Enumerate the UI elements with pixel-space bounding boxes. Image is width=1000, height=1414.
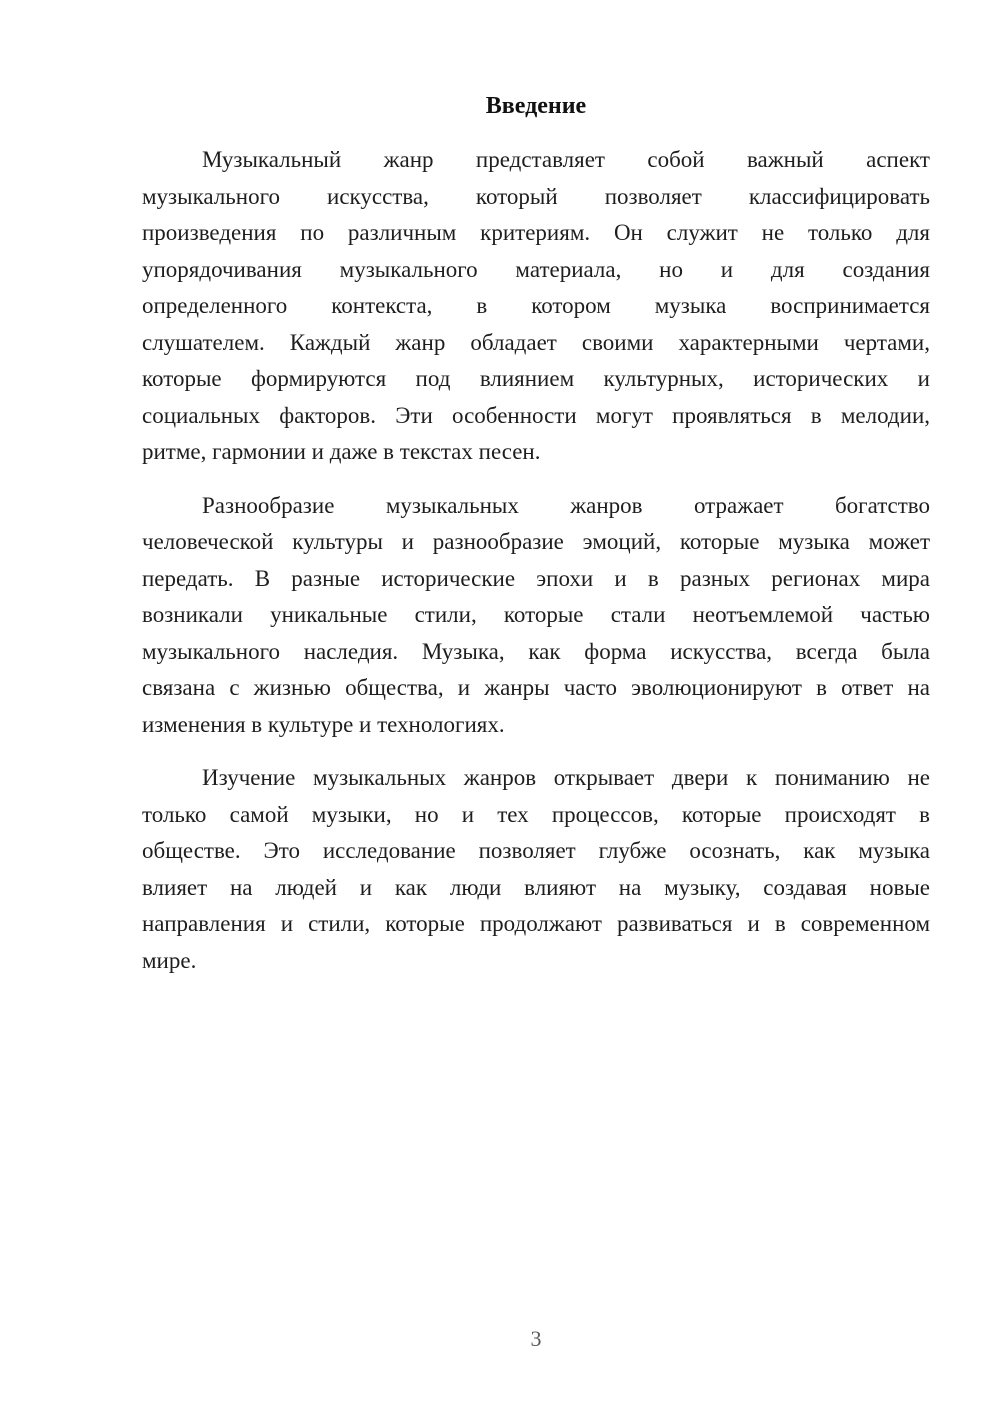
- text-line: направления и стили, которые продолжают …: [142, 906, 930, 943]
- paragraph: Разнообразие музыкальных жанров отражает…: [142, 488, 930, 744]
- text-line: влияет на людей и как люди влияют на муз…: [142, 870, 930, 907]
- text-line: музыкального искусства, который позволяе…: [142, 179, 930, 216]
- text-line: Разнообразие музыкальных жанров отражает…: [142, 488, 930, 525]
- text-line: упорядочивания музыкального материала, н…: [142, 252, 930, 289]
- page-number: 3: [142, 1326, 930, 1352]
- text-line: определенного контекста, в котором музык…: [142, 288, 930, 325]
- section-title: Введение: [142, 88, 930, 124]
- text-line: обществе. Это исследование позволяет глу…: [142, 833, 930, 870]
- text-line: произведения по различным критериям. Он …: [142, 215, 930, 252]
- text-line: музыкального наследия. Музыка, как форма…: [142, 634, 930, 671]
- text-line: ритме, гармонии и даже в текстах песен.: [142, 434, 930, 471]
- text-line: Изучение музыкальных жанров открывает дв…: [142, 760, 930, 797]
- text-line: мире.: [142, 943, 930, 980]
- text-line: социальных факторов. Эти особенности мог…: [142, 398, 930, 435]
- document-body: Музыкальный жанр представляет собой важн…: [142, 142, 930, 979]
- text-line: человеческой культуры и разнообразие эмо…: [142, 524, 930, 561]
- text-line: только самой музыки, но и тех процессов,…: [142, 797, 930, 834]
- text-line: связана с жизнью общества, и жанры часто…: [142, 670, 930, 707]
- text-line: которые формируются под влиянием культур…: [142, 361, 930, 398]
- text-line: Музыкальный жанр представляет собой важн…: [142, 142, 930, 179]
- paragraph: Изучение музыкальных жанров открывает дв…: [142, 760, 930, 979]
- text-line: слушателем. Каждый жанр обладает своими …: [142, 325, 930, 362]
- text-line: передать. В разные исторические эпохи и …: [142, 561, 930, 598]
- document-page: Введение Музыкальный жанр представляет с…: [0, 0, 1000, 1414]
- text-line: возникали уникальные стили, которые стал…: [142, 597, 930, 634]
- paragraph: Музыкальный жанр представляет собой важн…: [142, 142, 930, 471]
- text-line: изменения в культуре и технологиях.: [142, 707, 930, 744]
